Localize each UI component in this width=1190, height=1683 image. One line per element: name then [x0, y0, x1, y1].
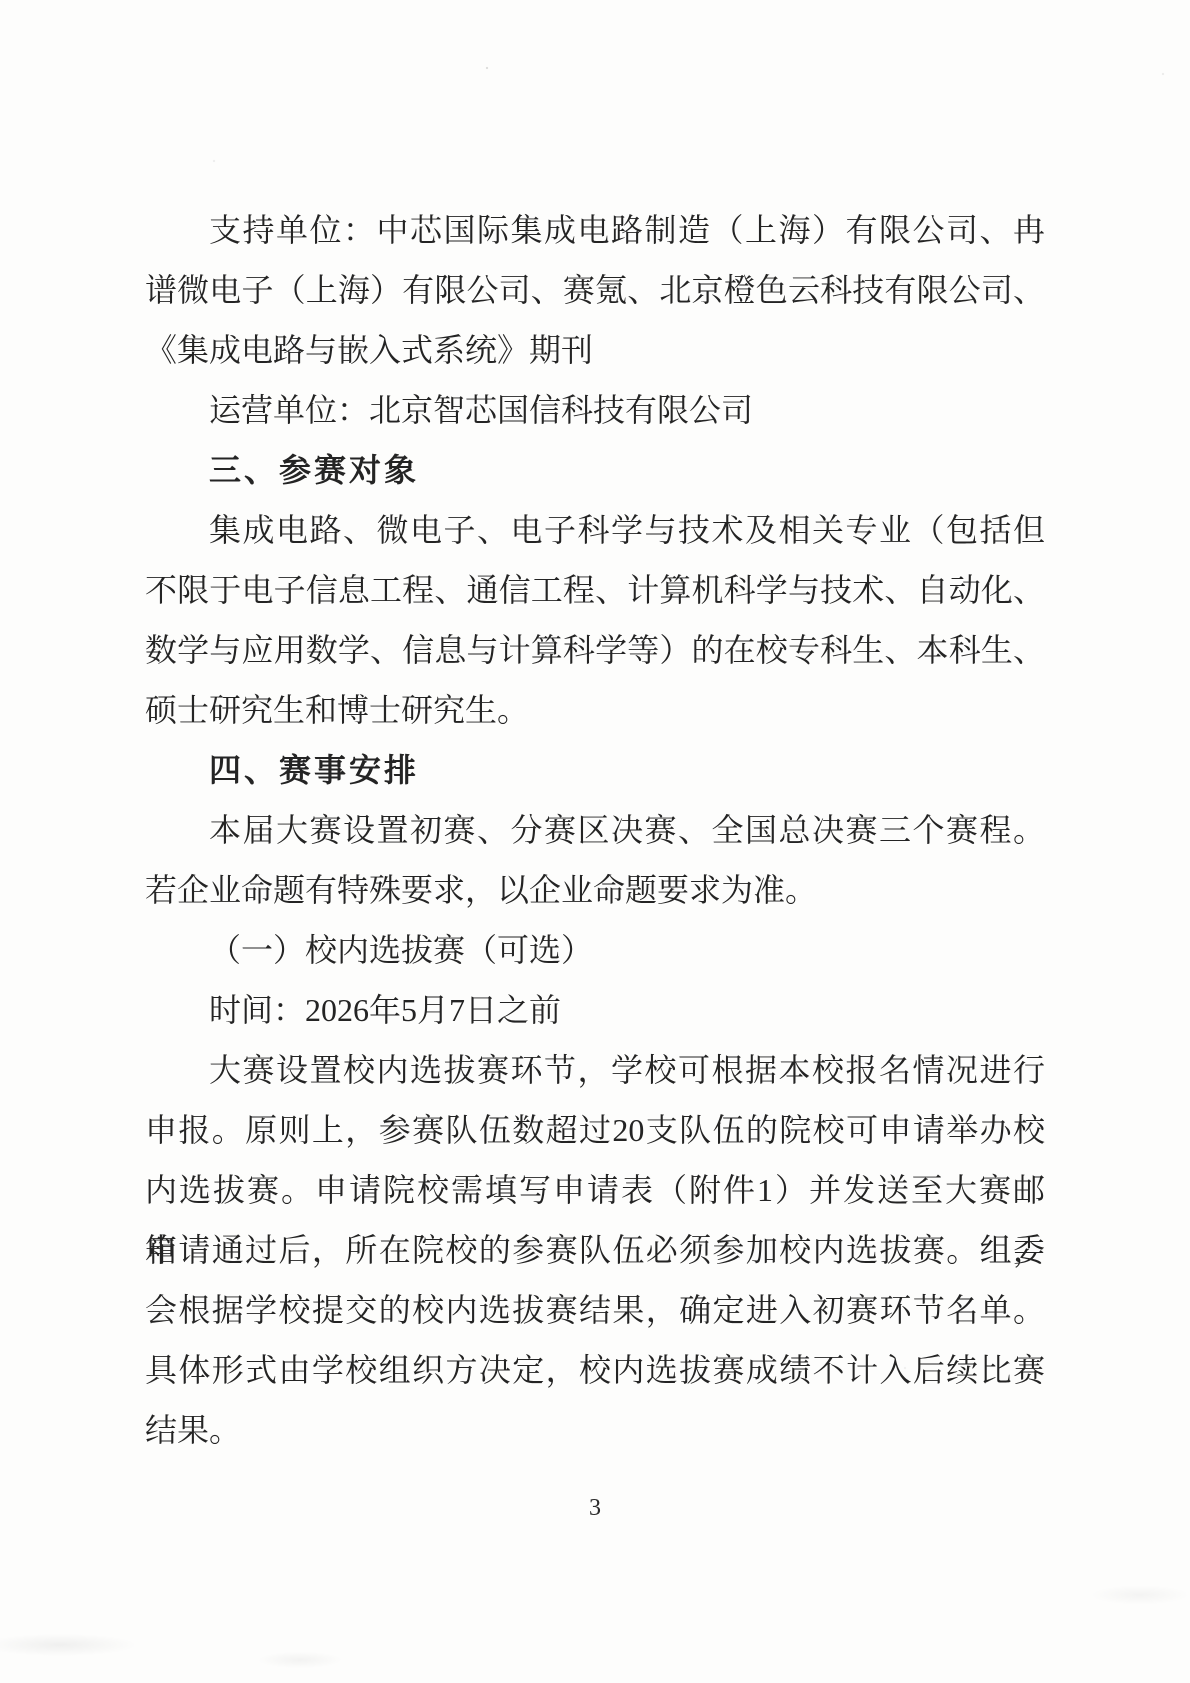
text-line: 具体形式由学校组织方决定，校内选拔赛成绩不计入后续比赛	[145, 1340, 1045, 1400]
text-line: 运营单位：北京智芯国信科技有限公司	[145, 380, 1045, 440]
document-page: 支持单位：中芯国际集成电路制造（上海）有限公司、冉 谱微电子（上海）有限公司、赛…	[0, 0, 1190, 1683]
text-line: 若企业命题有特殊要求，以企业命题要求为准。	[145, 860, 1045, 920]
text-line: （一）校内选拔赛（可选）	[145, 920, 1045, 980]
document-body: 支持单位：中芯国际集成电路制造（上海）有限公司、冉 谱微电子（上海）有限公司、赛…	[145, 200, 1045, 1460]
page-number: 3	[0, 1478, 1190, 1538]
text-line: 会根据学校提交的校内选拔赛结果，确定进入初赛环节名单。	[145, 1280, 1045, 1340]
text-line: 大赛设置校内选拔赛环节，学校可根据本校报名情况进行	[145, 1040, 1045, 1100]
text-line: 支持单位：中芯国际集成电路制造（上海）有限公司、冉	[145, 200, 1045, 260]
text-line: 数学与应用数学、信息与计算科学等）的在校专科生、本科生、	[145, 620, 1045, 680]
text-line: 结果。	[145, 1400, 1045, 1460]
text-line: 本届大赛设置初赛、分赛区决赛、全国总决赛三个赛程。	[145, 800, 1045, 860]
text-line: 不限于电子信息工程、通信工程、计算机科学与技术、自动化、	[145, 560, 1045, 620]
text-line: 《集成电路与嵌入式系统》期刊	[145, 320, 1045, 380]
text-line: 集成电路、微电子、电子科学与技术及相关专业（包括但	[145, 500, 1045, 560]
section-heading: 四、赛事安排	[145, 740, 1045, 800]
text-line: 申请通过后，所在院校的参赛队伍必须参加校内选拔赛。组委	[145, 1220, 1045, 1280]
text-line: 谱微电子（上海）有限公司、赛氪、北京橙色云科技有限公司、	[145, 260, 1045, 320]
text-line: 硕士研究生和博士研究生。	[145, 680, 1045, 740]
section-heading: 三、参赛对象	[145, 440, 1045, 500]
text-line: 内选拔赛。申请院校需填写申请表（附件1）并发送至大赛邮箱，	[145, 1160, 1045, 1220]
text-line: 时间：2026年5月7日之前	[145, 980, 1045, 1040]
text-line: 申报。原则上，参赛队伍数超过20支队伍的院校可申请举办校	[145, 1100, 1045, 1160]
